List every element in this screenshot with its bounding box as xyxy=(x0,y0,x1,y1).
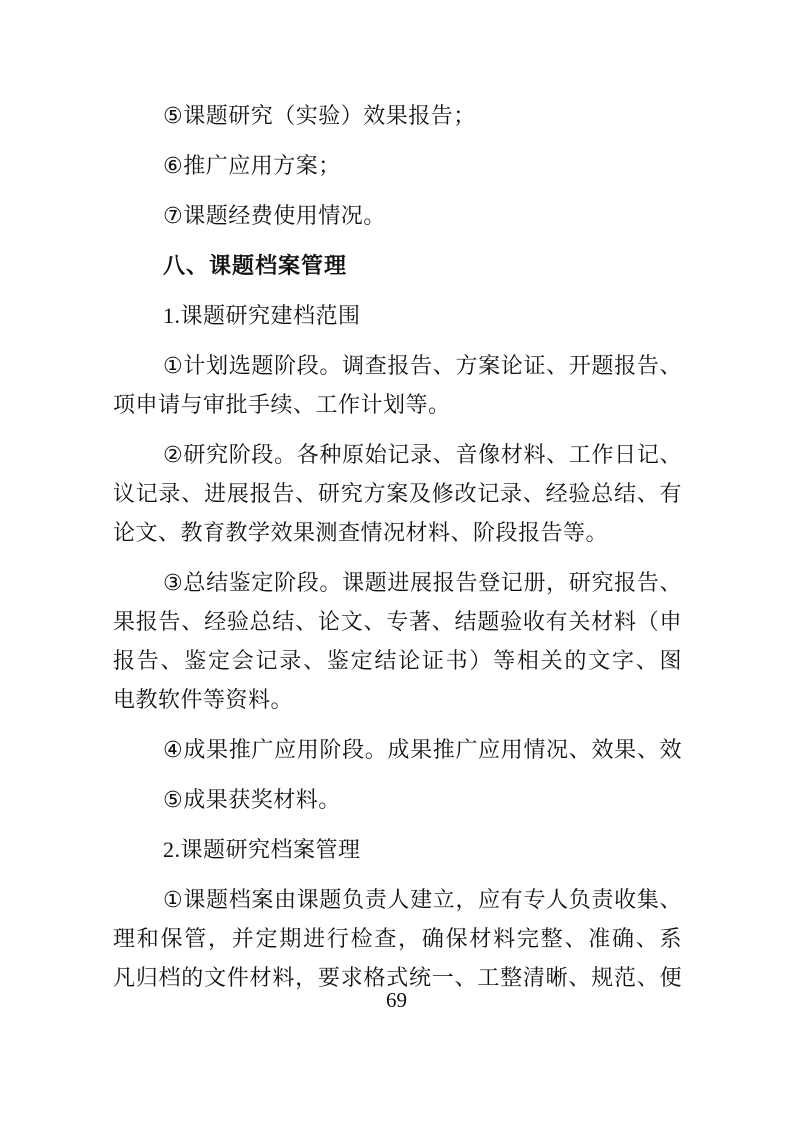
subsection-title: 1.课题研究建档范围 xyxy=(113,296,682,335)
page-number: 69 xyxy=(0,986,793,1014)
text-line: ④成果推广应用阶段。成果推广应用情况、效果、效益。 xyxy=(113,730,682,769)
text-line: ①计划选题阶段。调查报告、方案论证、开题报告、立 xyxy=(113,346,682,385)
paragraph: ⑤成果获奖材料。 xyxy=(113,780,682,819)
paragraph: ⑤课题研究（实验）效果报告； xyxy=(113,96,682,135)
paragraph: ④成果推广应用阶段。成果推广应用情况、效果、效益。 xyxy=(113,730,682,769)
text-line: ⑤成果获奖材料。 xyxy=(113,780,682,819)
text-line: 报告、鉴定会记录、鉴定结论证书）等相关的文字、图像、 xyxy=(113,641,682,680)
paragraph: ⑦课题经费使用情况。 xyxy=(113,196,682,235)
text-line: ②研究阶段。各种原始记录、音像材料、工作日记、会 xyxy=(113,435,682,474)
text-line: ①课题档案由课题负责人建立，应有专人负责收集、整 xyxy=(113,880,682,919)
section-heading-text: 八、课题档案管理 xyxy=(113,246,682,285)
text-line: 论文、教育教学效果测查情况材料、阶段报告等。 xyxy=(113,513,682,552)
paragraph: ⑥推广应用方案； xyxy=(113,146,682,185)
document-page: ⑤课题研究（实验）效果报告； ⑥推广应用方案； ⑦课题经费使用情况。 八、课题档… xyxy=(0,0,793,1122)
text-line: ⑦课题经费使用情况。 xyxy=(113,196,682,235)
paragraph: ①计划选题阶段。调查报告、方案论证、开题报告、立 项申请与审批手续、工作计划等。 xyxy=(113,346,682,424)
text-line: 电教软件等资料。 xyxy=(113,680,682,719)
text-line: ⑤课题研究（实验）效果报告； xyxy=(113,96,682,135)
text-line: 1.课题研究建档范围 xyxy=(113,296,682,335)
text-line: 果报告、经验总结、论文、专著、结题验收有关材料（申请 xyxy=(113,602,682,641)
text-line: 项申请与审批手续、工作计划等。 xyxy=(113,385,682,424)
text-line: 2.课题研究档案管理 xyxy=(113,830,682,869)
paragraph: ③总结鉴定阶段。课题进展报告登记册，研究报告、成 果报告、经验总结、论文、专著、… xyxy=(113,563,682,719)
text-line: 理和保管，并定期进行检查，确保材料完整、准确、系统。 xyxy=(113,919,682,958)
text-line: ③总结鉴定阶段。课题进展报告登记册，研究报告、成 xyxy=(113,563,682,602)
text-line: 议记录、进展报告、研究方案及修改记录、经验总结、有关 xyxy=(113,474,682,513)
text-line: ⑥推广应用方案； xyxy=(113,146,682,185)
section-heading: 八、课题档案管理 xyxy=(113,246,682,285)
paragraph: ①课题档案由课题负责人建立，应有专人负责收集、整 理和保管，并定期进行检查，确保… xyxy=(113,880,682,997)
document-body: ⑤课题研究（实验）效果报告； ⑥推广应用方案； ⑦课题经费使用情况。 八、课题档… xyxy=(113,96,682,1008)
paragraph: ②研究阶段。各种原始记录、音像材料、工作日记、会 议记录、进展报告、研究方案及修… xyxy=(113,435,682,552)
subsection-title: 2.课题研究档案管理 xyxy=(113,830,682,869)
